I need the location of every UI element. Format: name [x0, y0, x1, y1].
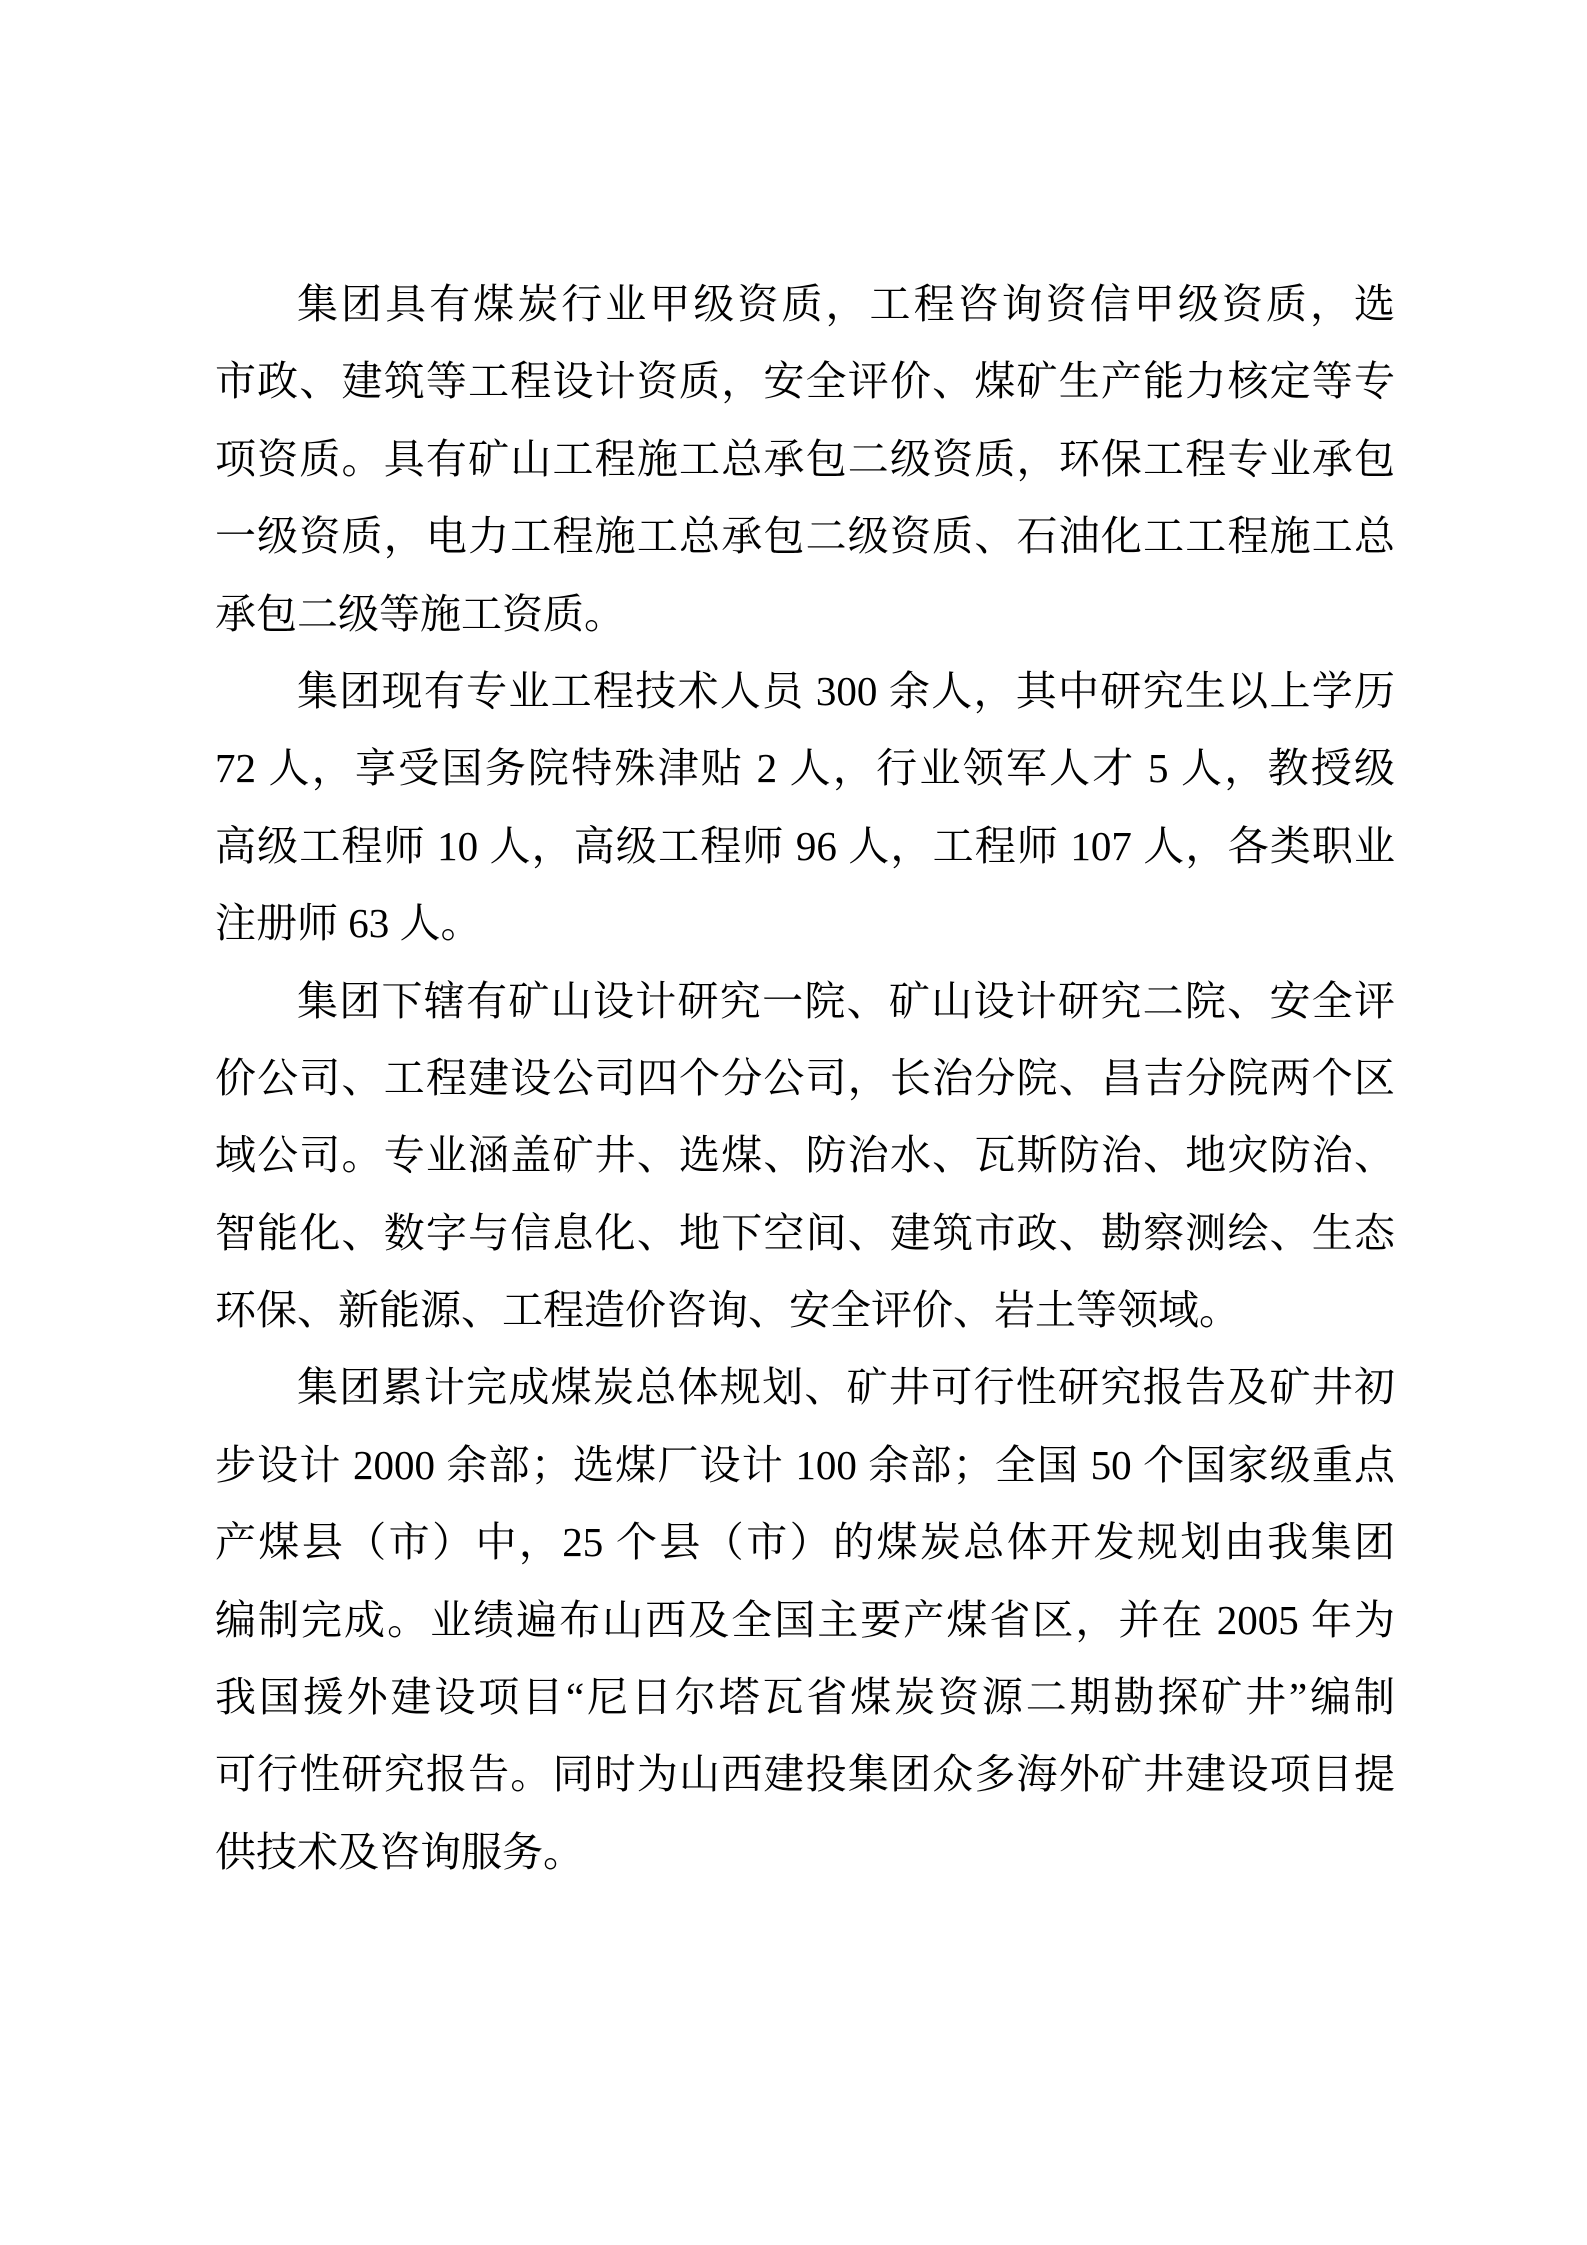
text-line: 可行性研究报告。同时为山西建投集团众多海外矿井建设项目提 — [215, 1736, 1395, 1813]
text-line: 注册师 63 人。 — [215, 885, 1395, 962]
document-text-block: 集团具有煤炭行业甲级资质，工程咨询资信甲级资质，选煤、 市政、建筑等工程设计资质… — [215, 266, 1395, 1891]
text-line: 高级工程师 10 人，高级工程师 96 人，工程师 107 人，各类职业 — [215, 808, 1395, 885]
paragraph-qualifications: 集团具有煤炭行业甲级资质，工程咨询资信甲级资质，选煤、 市政、建筑等工程设计资质… — [215, 266, 1395, 653]
text-line: 我国援外建设项目“尼日尔塔瓦省煤炭资源二期勘探矿井”编制 — [215, 1659, 1395, 1736]
text-line: 承包二级等施工资质。 — [215, 576, 1395, 653]
text-line: 集团现有专业工程技术人员 300 余人，其中研究生以上学历 — [215, 653, 1395, 730]
text-line: 产煤县（市）中，25 个县（市）的煤炭总体开发规划由我集团 — [215, 1504, 1395, 1581]
text-line: 集团累计完成煤炭总体规划、矿井可行性研究报告及矿井初 — [215, 1349, 1395, 1426]
text-line: 集团具有煤炭行业甲级资质，工程咨询资信甲级资质，选煤、 — [215, 266, 1395, 343]
text-line: 智能化、数字与信息化、地下空间、建筑市政、勘察测绘、生态 — [215, 1195, 1395, 1272]
text-line: 环保、新能源、工程造价咨询、安全评价、岩土等领域。 — [215, 1272, 1395, 1349]
paragraph-subsidiaries: 集团下辖有矿山设计研究一院、矿山设计研究二院、安全评 价公司、工程建设公司四个分… — [215, 963, 1395, 1350]
text-line: 一级资质，电力工程施工总承包二级资质、石油化工工程施工总 — [215, 498, 1395, 575]
paragraph-achievements: 集团累计完成煤炭总体规划、矿井可行性研究报告及矿井初 步设计 2000 余部；选… — [215, 1349, 1395, 1891]
text-line: 72 人，享受国务院特殊津贴 2 人，行业领军人才 5 人，教授级 — [215, 730, 1395, 807]
document-page: 集团具有煤炭行业甲级资质，工程咨询资信甲级资质，选煤、 市政、建筑等工程设计资质… — [0, 0, 1587, 2245]
text-line: 价公司、工程建设公司四个分公司，长治分院、昌吉分院两个区 — [215, 1040, 1395, 1117]
paragraph-personnel: 集团现有专业工程技术人员 300 余人，其中研究生以上学历 72 人，享受国务院… — [215, 653, 1395, 963]
text-line: 域公司。专业涵盖矿井、选煤、防治水、瓦斯防治、地灾防治、 — [215, 1117, 1395, 1194]
text-line: 步设计 2000 余部；选煤厂设计 100 余部；全国 50 个国家级重点 — [215, 1427, 1395, 1504]
text-line: 市政、建筑等工程设计资质，安全评价、煤矿生产能力核定等专 — [215, 343, 1395, 420]
text-line: 编制完成。业绩遍布山西及全国主要产煤省区，并在 2005 年为 — [215, 1582, 1395, 1659]
text-line: 供技术及咨询服务。 — [215, 1814, 1395, 1891]
text-line: 集团下辖有矿山设计研究一院、矿山设计研究二院、安全评 — [215, 963, 1395, 1040]
text-line: 项资质。具有矿山工程施工总承包二级资质，环保工程专业承包 — [215, 421, 1395, 498]
